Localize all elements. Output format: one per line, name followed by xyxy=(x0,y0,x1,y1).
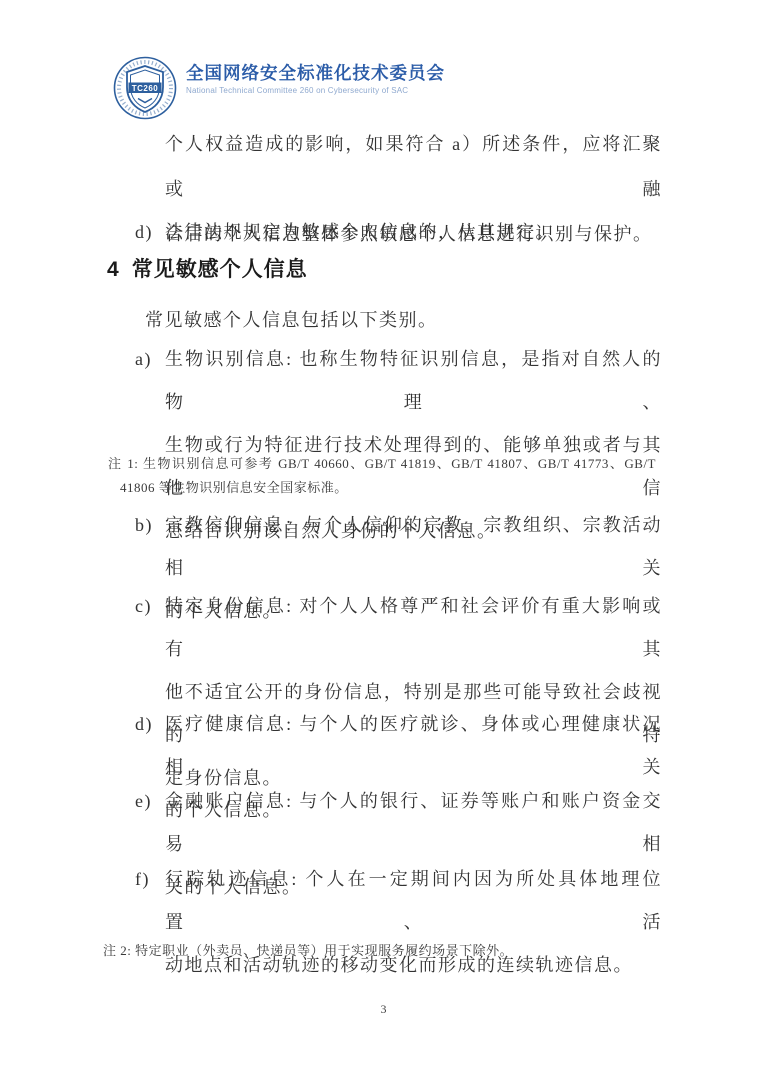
org-name-en: National Technical Committee 260 on Cybe… xyxy=(186,86,445,95)
list-item-label: f) xyxy=(135,858,163,901)
note-2: 注 2: 特定职业（外卖员、快递员等）用于实现服务履约场景下除外。 xyxy=(103,939,656,963)
tc260-seal-icon: TC260 xyxy=(113,56,177,120)
note-1: 注 1: 生物识别信息可参考 GB/T 40660、GB/T 41819、GB/… xyxy=(108,452,656,500)
document-page: TC260 全国网络安全标准化技术委员会 National Technical … xyxy=(0,0,767,1085)
list-item-line: 宗教信仰信息：与个人信仰的宗教、宗教组织、宗教活动相关 xyxy=(165,504,662,590)
list-item-line: 金融账户信息: 与个人的银行、证券等账户和账户资金交易相 xyxy=(165,780,662,866)
section-number: 4 xyxy=(107,258,120,281)
list-item-label: d) xyxy=(135,211,163,254)
section-intro: 常见敏感个人信息包括以下类别。 xyxy=(145,299,662,342)
list-item-line: 生物识别信息: 也称生物特征识别信息，是指对自然人的物理、 xyxy=(165,338,662,424)
list-item-f: f) 行踪轨迹信息: 个人在一定期间内因为所处具体地理位置、活 动地点和活动轨迹… xyxy=(135,858,662,987)
note-line: 41806 等生物识别信息安全国家标准。 xyxy=(108,476,656,500)
list-item-line: 特定身份信息: 对个人人格尊严和社会评价有重大影响或有其 xyxy=(165,585,662,671)
header-text: 全国网络安全标准化技术委员会 National Technical Commit… xyxy=(186,56,445,95)
list-item-line: 行踪轨迹信息: 个人在一定期间内因为所处具体地理位置、活 xyxy=(165,858,662,944)
list-item-label: a) xyxy=(135,338,163,381)
list-item-label: b) xyxy=(135,504,163,547)
list-item-label: e) xyxy=(135,780,163,823)
page-number: 3 xyxy=(0,1002,767,1017)
note-line: 注 1: 生物识别信息可参考 GB/T 40660、GB/T 41819、GB/… xyxy=(108,452,656,476)
list-item-label: d) xyxy=(135,703,163,746)
list-item-prior-d: d) 法律法规规定为敏感个人信息的，从其规定。 xyxy=(135,211,662,254)
section-heading: 4常见敏感个人信息 xyxy=(107,254,308,286)
header: TC260 全国网络安全标准化技术委员会 National Technical … xyxy=(113,56,445,120)
logo-text: TC260 xyxy=(132,84,159,93)
paragraph-line: 个人权益造成的影响，如果符合 a）所述条件，应将汇聚或融 xyxy=(165,122,662,212)
list-item-line: 法律法规规定为敏感个人信息的，从其规定。 xyxy=(165,211,662,254)
list-item-line: 医疗健康信息: 与个人的医疗就诊、身体或心理健康状况相关 xyxy=(165,703,662,789)
section-title: 常见敏感个人信息 xyxy=(132,258,308,281)
list-item-label: c) xyxy=(135,585,163,628)
org-name-cn: 全国网络安全标准化技术委员会 xyxy=(186,62,445,84)
